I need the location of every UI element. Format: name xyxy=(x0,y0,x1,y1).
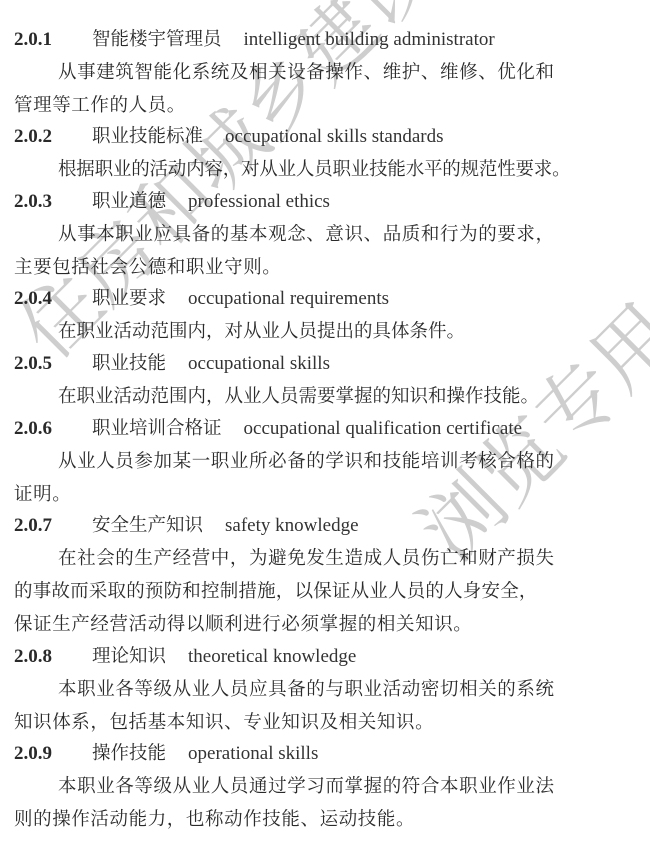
term-en: theoretical knowledge xyxy=(188,646,356,667)
entry-number: 2.0.8 xyxy=(14,645,92,669)
entry-heading: 2.0.8理论知识theoretical knowledge xyxy=(14,645,356,669)
term-zh: 安全生产知识 xyxy=(92,514,203,538)
term-zh: 操作技能 xyxy=(92,742,166,766)
entry-heading: 2.0.4职业要求occupational requirements xyxy=(14,287,389,311)
term-zh: 职业道德 xyxy=(92,190,166,214)
entry-heading: 2.0.3职业道德professional ethics xyxy=(14,190,330,214)
term-zh: 职业技能标准 xyxy=(92,125,203,149)
entry-number: 2.0.3 xyxy=(14,190,92,214)
definition-line: 在职业活动范围内，从业人员需要掌握的知识和操作技能。 xyxy=(58,385,539,409)
entry-number: 2.0.1 xyxy=(14,28,92,52)
definition-line: 证明。 xyxy=(14,483,71,507)
term-zh: 智能楼宇管理员 xyxy=(92,28,222,52)
entry-heading: 2.0.2职业技能标准occupational skills standards xyxy=(14,125,443,149)
term-en: professional ethics xyxy=(188,191,330,212)
entry-number: 2.0.2 xyxy=(14,125,92,149)
definition-line: 本职业各等级从业人员通过学习而掌握的符合本职业作业法 xyxy=(58,775,555,799)
entry-number: 2.0.4 xyxy=(14,287,92,311)
term-zh: 职业培训合格证 xyxy=(92,417,222,441)
definition-line: 则的操作活动能力，也称动作技能、运动技能。 xyxy=(14,808,415,832)
entry-heading: 2.0.6职业培训合格证occupational qualification c… xyxy=(14,417,522,441)
definition-line: 在职业活动范围内，对从业人员提出的具体条件。 xyxy=(58,320,465,344)
entry-heading: 2.0.7安全生产知识safety knowledge xyxy=(14,514,359,538)
entry-number: 2.0.7 xyxy=(14,514,92,538)
entry-heading: 2.0.9操作技能operational skills xyxy=(14,742,318,766)
definition-line: 从业人员参加某一职业所必备的学识和技能培训考核合格的 xyxy=(58,450,555,474)
entry-number: 2.0.6 xyxy=(14,417,92,441)
term-en: occupational skills standards xyxy=(225,126,443,147)
definition-line: 主要包括社会公德和职业守则。 xyxy=(14,256,281,280)
entry-number: 2.0.9 xyxy=(14,742,92,766)
definition-line: 知识体系，包括基本知识、专业知识及相关知识。 xyxy=(14,711,434,735)
entry-heading: 2.0.1智能楼宇管理员intelligent building adminis… xyxy=(14,28,495,52)
term-zh: 职业要求 xyxy=(92,287,166,311)
term-en: operational skills xyxy=(188,743,318,764)
term-zh: 职业技能 xyxy=(92,352,166,376)
definition-line: 的事故而采取的预防和控制措施，以保证从业人员的人身安全， xyxy=(14,580,538,604)
definition-line: 根据职业的活动内容，对从业人员职业技能水平的规范性要求。 xyxy=(58,158,570,182)
term-en: intelligent building administrator xyxy=(244,29,495,50)
definition-line: 从事建筑智能化系统及相关设备操作、维护、维修、优化和 xyxy=(58,61,555,85)
definition-line: 从事本职业应具备的基本观念、意识、品质和行为的要求， xyxy=(58,223,555,247)
entry-number: 2.0.5 xyxy=(14,352,92,376)
term-zh: 理论知识 xyxy=(92,645,166,669)
definition-line: 在社会的生产经营中，为避免发生造成人员伤亡和财产损失 xyxy=(58,547,555,571)
definition-line: 本职业各等级从业人员应具备的与职业活动密切相关的系统 xyxy=(58,678,555,702)
definition-line: 保证生产经营活动得以顺利进行必须掌握的相关知识。 xyxy=(14,613,472,637)
term-en: occupational skills xyxy=(188,353,330,374)
definition-line: 管理等工作的人员。 xyxy=(14,94,186,118)
document-page: 住房和城乡建设部信息公开 浏览专用 2.0.1智能楼宇管理员intelligen… xyxy=(0,0,650,842)
term-en: occupational qualification certificate xyxy=(244,418,523,439)
term-en: occupational requirements xyxy=(188,288,389,309)
term-en: safety knowledge xyxy=(225,515,358,536)
entry-heading: 2.0.5职业技能occupational skills xyxy=(14,352,330,376)
